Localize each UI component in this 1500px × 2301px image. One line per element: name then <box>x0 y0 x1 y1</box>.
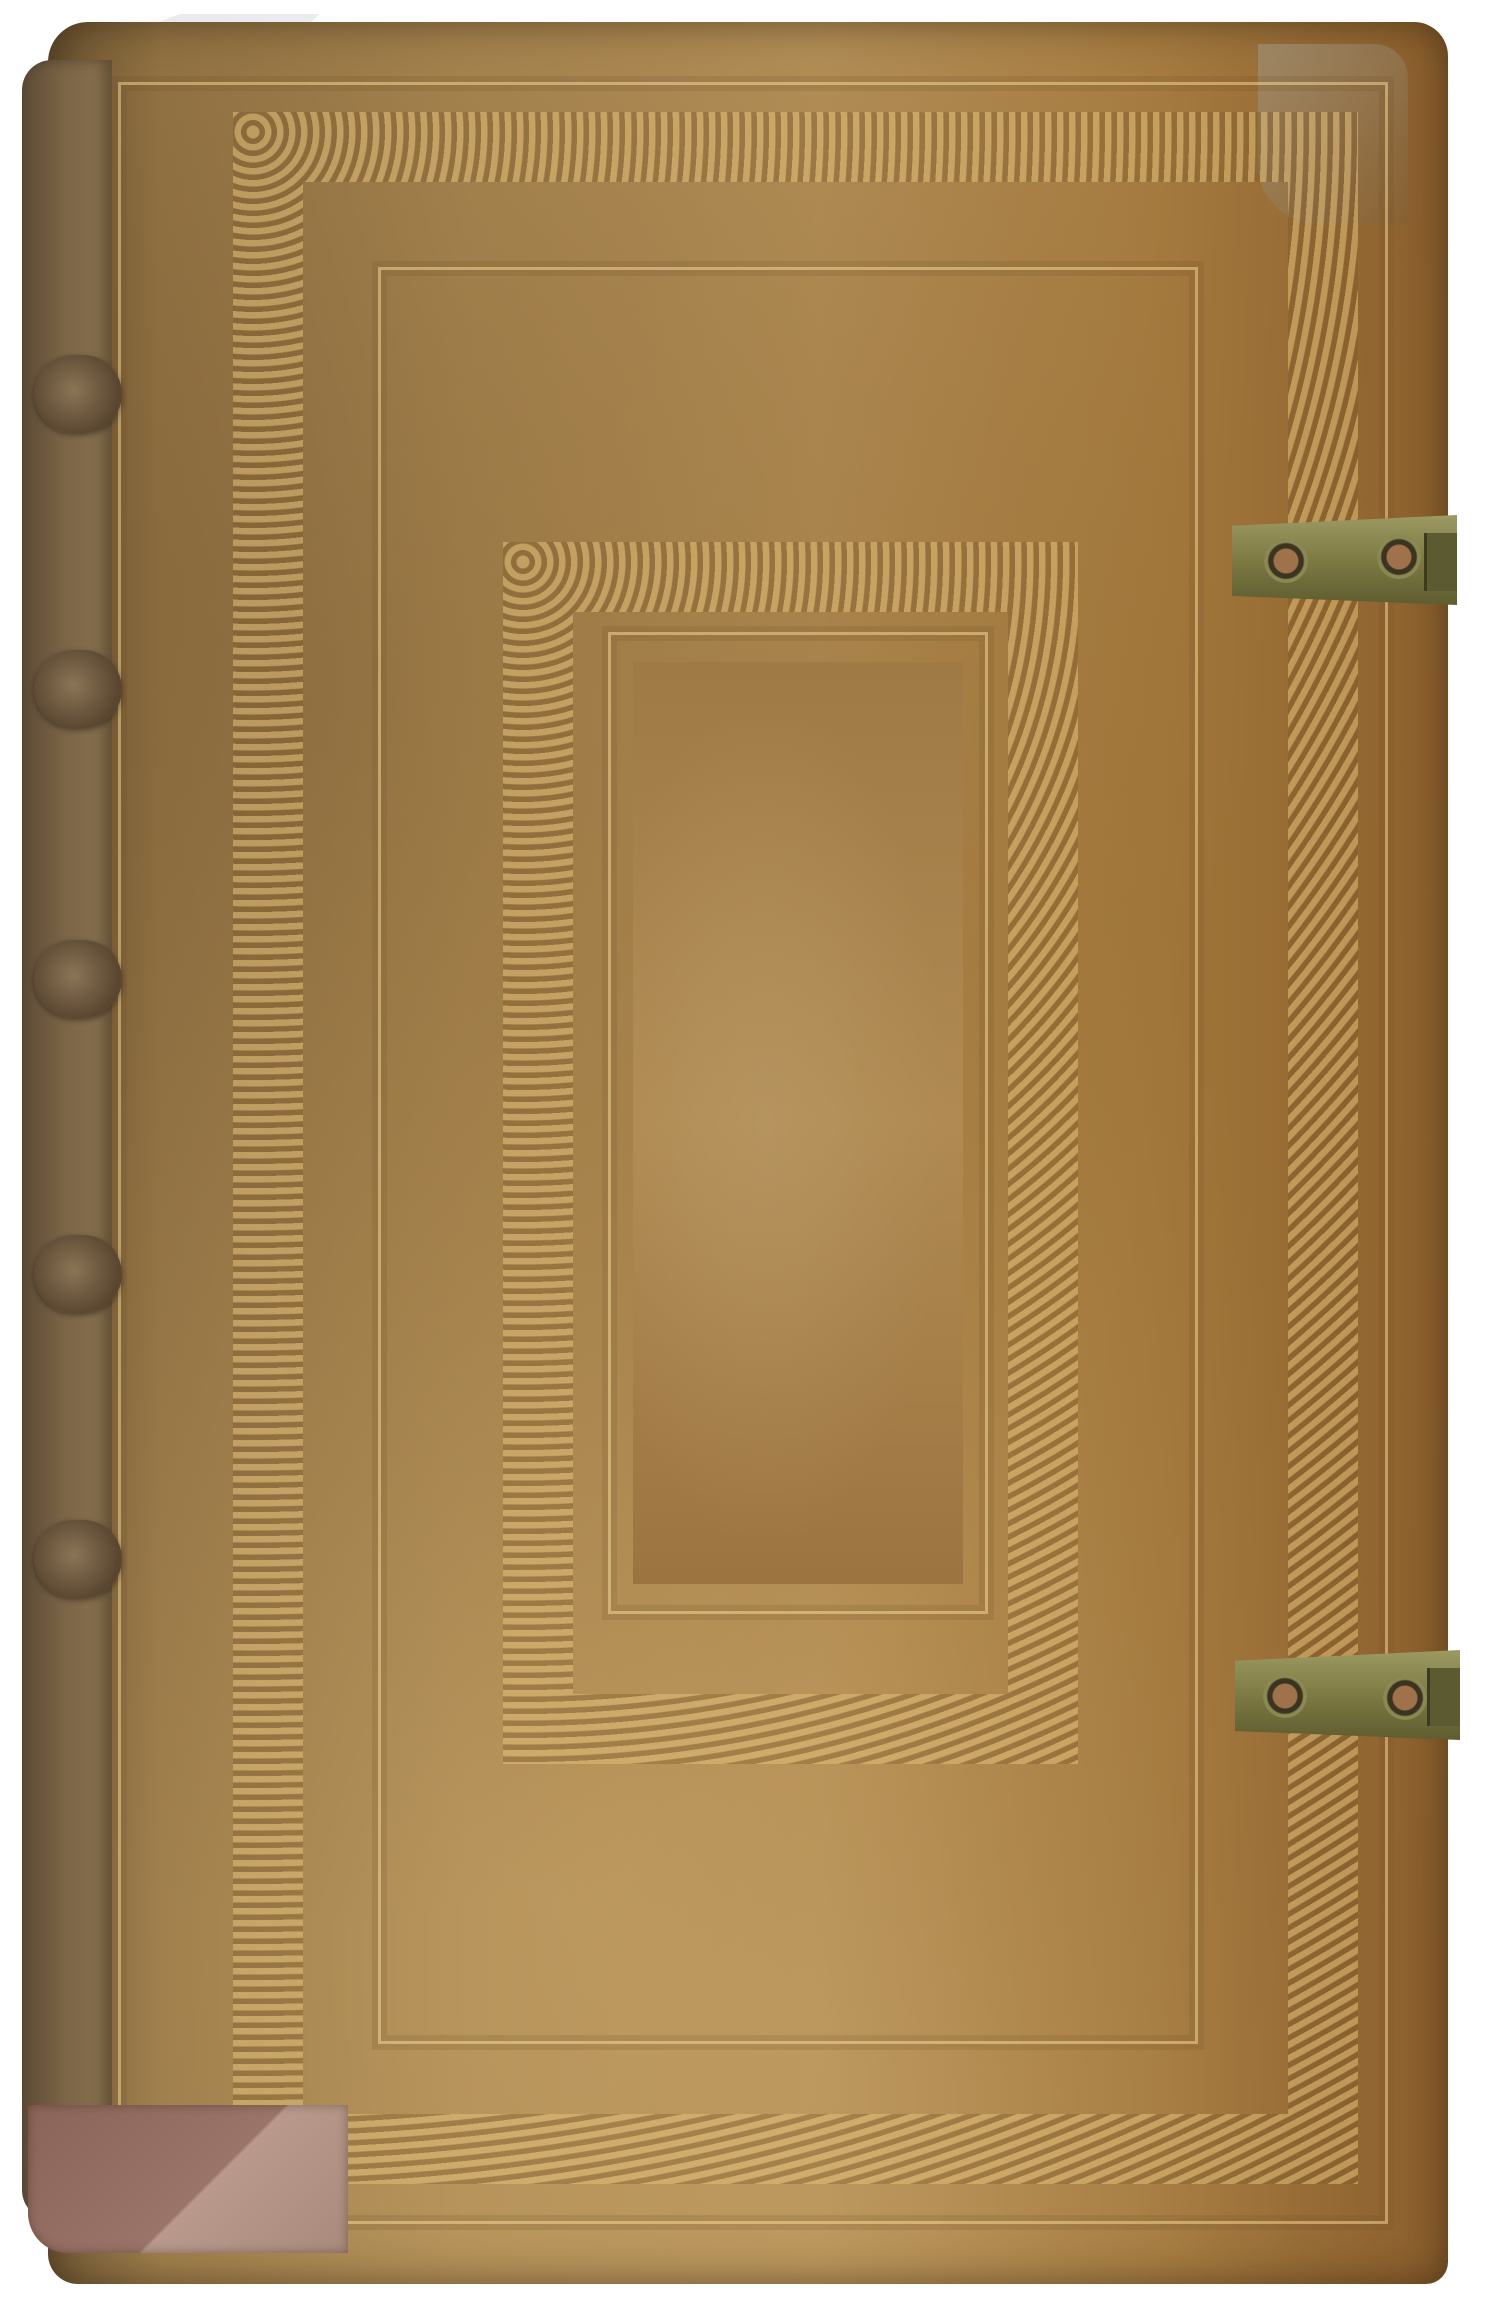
center-panel <box>633 662 963 1584</box>
rivet-icon <box>1263 1674 1307 1718</box>
spine-raised-band <box>34 1520 122 1598</box>
cloth-repair-patch <box>28 2105 348 2253</box>
book-cover <box>48 22 1448 2284</box>
spine-raised-band <box>34 940 122 1018</box>
clasp-hinge <box>1427 1668 1460 1726</box>
spine-raised-band <box>34 1235 122 1313</box>
rivet-icon <box>1377 535 1421 579</box>
rivet-icon <box>1383 1676 1427 1720</box>
book-photo <box>0 0 1500 2301</box>
rivet-icon <box>1264 539 1308 583</box>
upper-brass-clasp <box>1232 515 1457 605</box>
clasp-hinge <box>1424 533 1457 591</box>
spine-raised-band <box>34 650 122 728</box>
lower-brass-clasp <box>1235 1650 1460 1740</box>
spine-raised-band <box>34 355 122 433</box>
